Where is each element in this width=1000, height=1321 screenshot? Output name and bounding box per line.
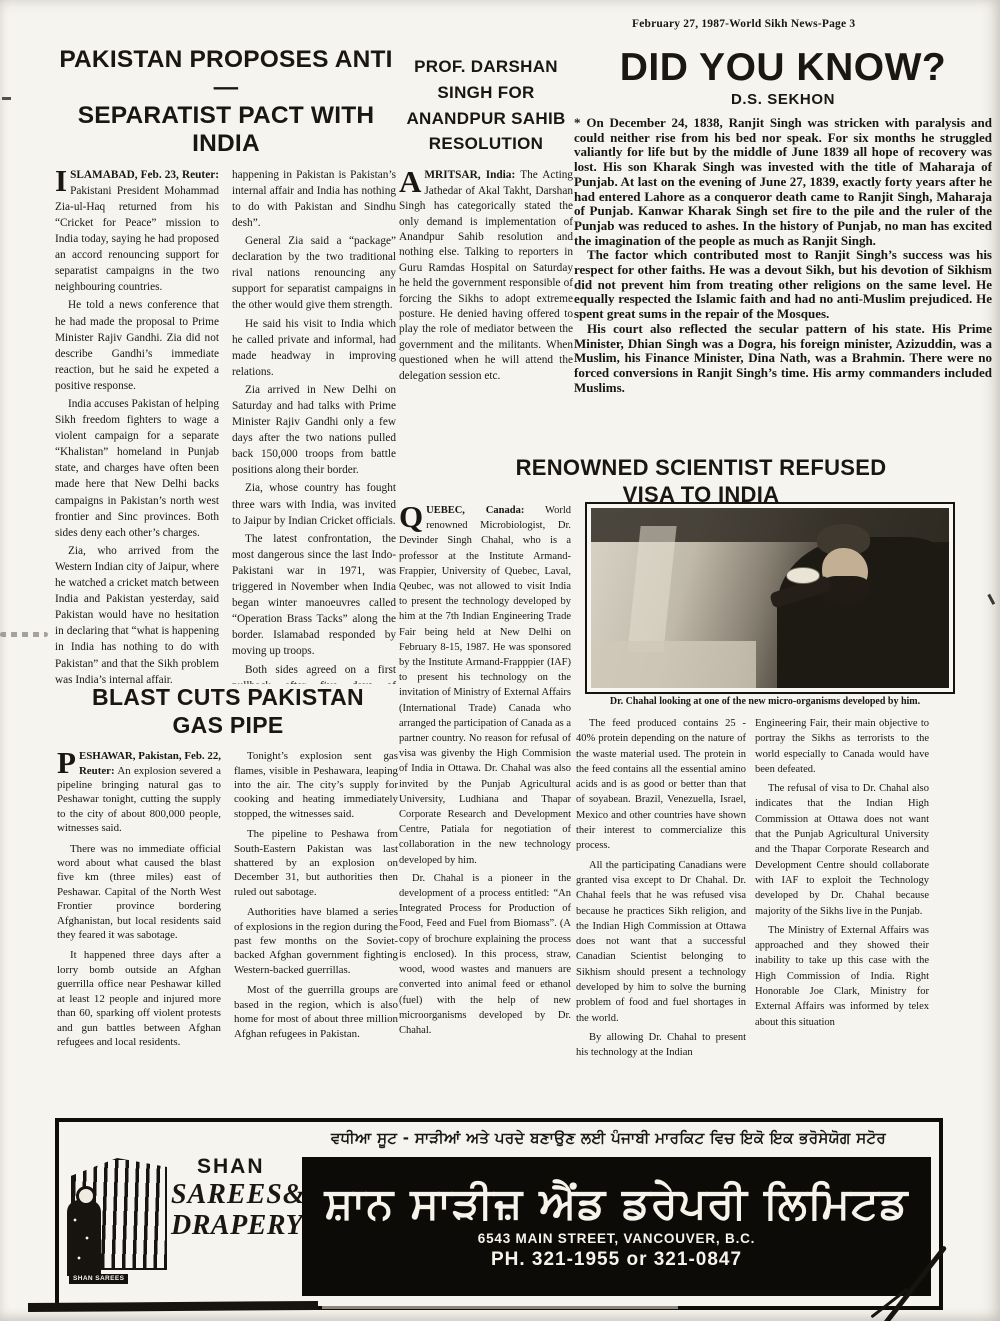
paragraph: Authorities have blamed a series of expl…	[234, 905, 398, 977]
paragraph: Engineering Fair, their main objective t…	[755, 716, 929, 777]
did-you-know-body: * On December 24, 1838, Ranjit Singh was…	[574, 116, 992, 395]
dropcap: A	[399, 168, 424, 195]
photo-lab-bench	[591, 641, 756, 688]
logo-name-top: SHAN	[197, 1156, 301, 1177]
headline-line: BLAST CUTS PAKISTAN	[92, 684, 364, 710]
pakistan-headline: PAKISTAN PROPOSES ANTI— SEPARATIST PACT …	[55, 46, 397, 158]
ad-address: 6543 MAIN STREET, VANCOUVER, B.C.	[478, 1231, 755, 1247]
photo-caption: Dr. Chahal looking at one of the new mic…	[575, 696, 955, 709]
paragraph: The refusal of visa to Dr. Chahal also i…	[755, 781, 929, 919]
ad-logo: SHAN SAREES SHAN SAREES& DRAPERYLTD.	[67, 1148, 299, 1298]
dropcap: Q	[399, 503, 426, 530]
blast-column-1: PESHAWAR, Pakistan, Feb. 22, Reuter: An …	[57, 749, 221, 1055]
dateline-lead: UEBEC, Canada:	[426, 505, 524, 516]
newspaper-page: February 27, 1987-World Sikh News-Page 3…	[0, 0, 1000, 1321]
advertisement-shan-sarees: ਵਧੀਆ ਸੂਟ - ਸਾੜੀਆਂ ਅਤੇ ਪਰਦੇ ਬਣਾਉਣ ਲਈ ਪੰਜਾ…	[55, 1118, 943, 1310]
headline-line: PROF. DARSHAN	[399, 54, 573, 80]
ad-punjabi-tagline: ਵਧੀਆ ਸੂਟ - ਸਾੜੀਆਂ ਅਤੇ ਪਰਦੇ ਬਣਾਉਣ ਲਈ ਪੰਜਾ…	[284, 1129, 933, 1148]
logo-script-text: DRAPERY	[171, 1210, 303, 1241]
paragraph: There was no immediate official word abo…	[57, 842, 221, 943]
scan-artifact-left-smudge	[0, 632, 48, 637]
logo-text: SHAN SAREES& DRAPERYLTD.	[171, 1156, 301, 1240]
blast-headline: BLAST CUTS PAKISTAN GAS PIPE	[57, 684, 399, 739]
scientist-column-3: Engineering Fair, their main objective t…	[755, 716, 929, 1112]
article-did-you-know: DID YOU KNOW? D.S. SEKHON * On December …	[574, 48, 992, 452]
paragraph: The factor which contributed most to Ran…	[574, 248, 992, 322]
scan-artifact-left-dash	[2, 97, 11, 100]
scientist-headline: RENOWNED SCIENTIST REFUSED VISA TO INDIA	[420, 455, 982, 509]
paragraph: Most of the guerrilla groups are based i…	[234, 983, 398, 1041]
dateline-lead: SLAMABAD, Feb. 23, Reuter:	[70, 169, 219, 181]
pakistan-column-2: happening in Pakistan is Pakistan’s inte…	[232, 167, 396, 684]
paragraph-text: World renowned Microbiologist, Dr. Devin…	[399, 505, 571, 866]
ad-punjabi-name: ਸ਼ਾਨ ਸਾੜੀਜ਼ ਐਂਡ ਡਰੇਪਰੀ ਲਿਮਿਟਡ	[324, 1182, 908, 1227]
article-photo	[585, 502, 955, 694]
article-pakistan-pact: PAKISTAN PROPOSES ANTI— SEPARATIST PACT …	[55, 46, 397, 684]
ad-phone: PH. 321-1955 or 321-0847	[491, 1249, 742, 1271]
paragraph: It happened three days after a lorry bom…	[57, 948, 221, 1049]
dropcap: P	[57, 749, 79, 776]
page-dateline: February 27, 1987-World Sikh News-Page 3	[632, 18, 855, 32]
paragraph: His court also reflected the secular pat…	[574, 322, 992, 396]
headline-line: RENOWNED SCIENTIST REFUSED	[516, 455, 887, 480]
darshan-body: AMRITSAR, India: The Acting Jathedar of …	[399, 168, 573, 384]
scientist-column-2: The feed produced contains 25 - 40% prot…	[576, 716, 746, 1112]
headline-line: RESOLUTION	[399, 131, 573, 157]
photo-image	[591, 508, 949, 688]
paragraph: ISLAMABAD, Feb. 23, Reuter: Pakistani Pr…	[55, 167, 219, 296]
headline-line: SINGH FOR	[399, 80, 573, 106]
paragraph: By allowing Dr. Chahal to present his te…	[576, 1030, 746, 1061]
ad-black-band: ਸ਼ਾਨ ਸਾੜੀਜ਼ ਐਂਡ ਡਰੇਪਰੀ ਲਿਮਿਟਡ 6543 MAIN …	[302, 1157, 931, 1296]
paragraph: General Zia said a “package” declaration…	[232, 233, 396, 313]
logo-tag-label: SHAN SAREES	[69, 1274, 128, 1284]
photo-petri-dish	[786, 567, 820, 583]
paragraph: The latest confrontation, the most dange…	[232, 531, 396, 660]
logo-script-line2: DRAPERYLTD.	[171, 1212, 301, 1240]
paragraph-text: Pakistani President Mohammad Zia-ul-Haq …	[55, 185, 219, 294]
headline-line: ANANDPUR SAHIB	[399, 106, 573, 132]
scan-artifact-right-tick	[988, 594, 995, 605]
paragraph: Both sides agreed on a first pullback af…	[232, 662, 396, 685]
paragraph: The pipeline to Peshawa from South-Easte…	[234, 827, 398, 899]
logo-script-line1: SAREES&	[171, 1181, 301, 1209]
woman-figure-head	[76, 1186, 96, 1206]
paragraph: Tonight’s explosion sent gas flames, vis…	[234, 749, 398, 821]
article-darshan-singh: PROF. DARSHANSINGH FORANANDPUR SAHIBRESO…	[399, 54, 573, 386]
dateline-lead: MRITSAR, India:	[424, 169, 515, 181]
blast-column-2: Tonight’s explosion sent gas flames, vis…	[234, 749, 398, 1055]
pakistan-column-1: ISLAMABAD, Feb. 23, Reuter: Pakistani Pr…	[55, 167, 219, 684]
scientist-column-1: QUEBEC, Canada: World renowned Microbiol…	[399, 503, 571, 1113]
photo-light-streak	[627, 526, 676, 652]
paragraph: QUEBEC, Canada: World renowned Microbiol…	[399, 503, 571, 868]
paragraph: The feed produced contains 25 - 40% prot…	[576, 716, 746, 854]
paragraph: Zia, who arrived from the Western Indian…	[55, 543, 219, 684]
article-blast-gas-pipe: BLAST CUTS PAKISTAN GAS PIPE PESHAWAR, P…	[57, 684, 399, 1114]
darshan-headline: PROF. DARSHANSINGH FORANANDPUR SAHIBRESO…	[399, 54, 573, 157]
headline-line: GAS PIPE	[172, 712, 283, 738]
paragraph: * On December 24, 1838, Ranjit Singh was…	[574, 116, 992, 248]
paragraph: India accuses Pakistan of helping Sikh f…	[55, 396, 219, 541]
woman-figure-graphic	[67, 1200, 101, 1276]
scan-artifact-bottom-bar	[28, 1301, 318, 1312]
did-you-know-headline: DID YOU KNOW?	[574, 48, 992, 87]
paragraph: happening in Pakistan is Pakistan’s inte…	[232, 167, 396, 231]
paragraph-text: The Acting Jathedar of Akal Takht, Darsh…	[399, 169, 573, 381]
paragraph: The Ministry of External Affairs was app…	[755, 923, 929, 1030]
paragraph: AMRITSAR, India: The Acting Jathedar of …	[399, 168, 573, 384]
paragraph: Zia arrived in New Delhi on Saturday and…	[232, 382, 396, 479]
paragraph: He told a news conference that he had ma…	[55, 297, 219, 394]
paragraph: PESHAWAR, Pakistan, Feb. 22, Reuter: An …	[57, 749, 221, 835]
paragraph: All the participating Canadians were gra…	[576, 858, 746, 1026]
scan-artifact-bottom-line	[322, 1306, 678, 1309]
byline: D.S. SEKHON	[574, 92, 992, 107]
paragraph: He said his visit to India which he call…	[232, 316, 396, 380]
headline-line: SEPARATIST PACT WITH INDIA	[78, 102, 375, 157]
dropcap: I	[55, 167, 70, 194]
paragraph: Zia, whose country has fought three wars…	[232, 480, 396, 528]
headline-line: PAKISTAN PROPOSES ANTI—	[59, 46, 392, 101]
paragraph: Dr. Chahal is a pioneer in the developme…	[399, 871, 571, 1038]
